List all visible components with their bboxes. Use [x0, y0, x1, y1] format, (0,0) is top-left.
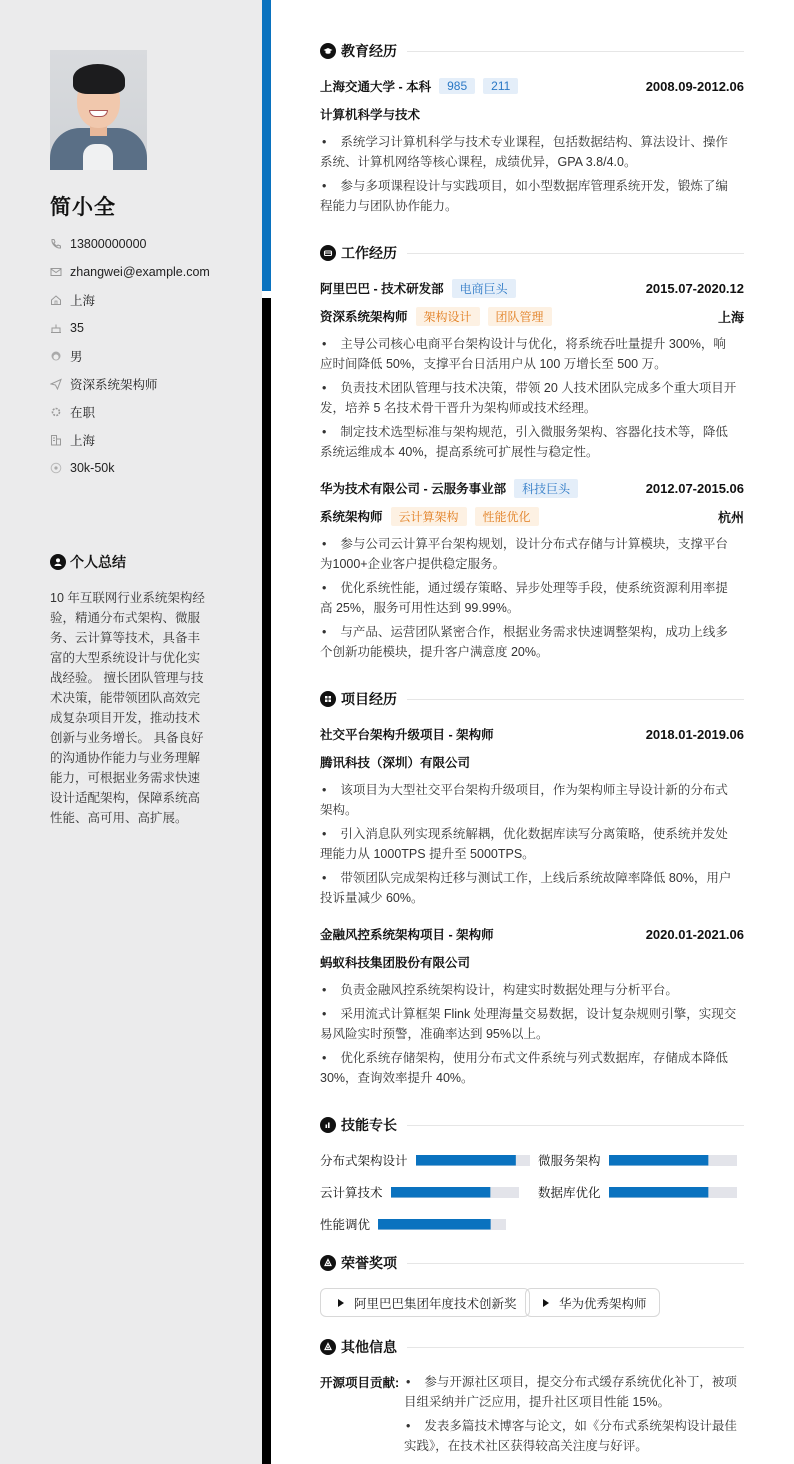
grid-icon	[320, 691, 336, 707]
position-value: 资深系统架构师	[70, 375, 158, 393]
work-role-row: 资深系统架构师 架构设计 团队管理 上海	[320, 307, 744, 325]
award-item: 华为优秀架构师	[525, 1288, 660, 1317]
skills-heading: 技能专长	[320, 1115, 744, 1135]
company-name: 阿里巴巴 - 技术研发部	[320, 279, 444, 297]
skill-bar-fill	[609, 1155, 709, 1166]
major: 计算机科学与技术	[320, 105, 420, 123]
school-name: 上海交通大学 - 本科	[320, 77, 431, 95]
company-tag: 电商巨头	[452, 279, 516, 298]
info-salary: 30k-50k	[50, 454, 250, 482]
role-tag: 架构设计	[416, 307, 480, 326]
school-tag: 211	[483, 78, 518, 94]
bullet-item: 参与多项课程设计与实践项目，如小型数据库管理系统开发，锻炼了编程能力与团队协作能…	[320, 176, 738, 216]
award-icon	[320, 1339, 336, 1355]
project-company: 蚂蚁科技集团股份有限公司	[320, 953, 470, 971]
bullet-item: 系统学习计算机科学与技术专业课程，包括数据结构、算法设计、操作系统、计算机网络等…	[320, 132, 738, 172]
skill-name: 性能调优	[320, 1215, 370, 1233]
skill-name: 分布式架构设计	[320, 1151, 408, 1169]
education-major-row: 计算机科学与技术	[320, 105, 744, 123]
divider	[407, 253, 744, 254]
skill-name: 云计算技术	[320, 1183, 383, 1201]
project-name: 金融风控系统架构项目 - 架构师	[320, 925, 494, 943]
skill-item: 云计算技术	[320, 1184, 519, 1200]
home-value: 上海	[70, 291, 95, 309]
accent-bar-black	[262, 298, 271, 1464]
candidate-name: 简小全	[50, 191, 116, 221]
other-heading: 其他信息	[320, 1337, 744, 1357]
accent-bar-blue	[262, 0, 271, 291]
gender-icon	[50, 350, 62, 362]
salary-icon	[50, 462, 62, 474]
award-item: 阿里巴巴集团年度技术创新奖	[320, 1288, 530, 1317]
skill-name: 数据库优化	[538, 1183, 601, 1201]
skill-name: 微服务架构	[538, 1151, 601, 1169]
role-tag: 云计算架构	[391, 507, 467, 526]
skills-title-text: 技能专长	[341, 1115, 397, 1135]
gender-value: 男	[70, 347, 83, 365]
projects-heading: 项目经历	[320, 689, 744, 709]
skill-bar	[391, 1187, 519, 1198]
company-name: 华为技术有限公司 - 云服务事业部	[320, 479, 506, 497]
bullet-item: 带领团队完成架构迁移与测试工作，上线后系统故障率降低 80%，用户投诉量减少 6…	[320, 868, 738, 908]
info-home: 上海	[50, 286, 250, 314]
bullet-item: 负责技术团队管理与技术决策，带领 20 人技术团队完成多个重大项目开发，培养 5…	[320, 378, 738, 418]
skill-bar	[378, 1219, 506, 1230]
role-tag: 性能优化	[475, 507, 539, 526]
bullet-item: 主导公司核心电商平台架构设计与优化，将系统吞吐量提升 300%，响应时间降低 5…	[320, 334, 738, 374]
phone-value: 13800000000	[70, 237, 146, 251]
awards-heading: 荣誉奖项	[320, 1253, 744, 1273]
award-name: 华为优秀架构师	[559, 1294, 647, 1312]
send-icon	[50, 378, 62, 390]
info-status: 在职	[50, 398, 250, 426]
bullet-item: 与产品、运营团队紧密合作，根据业务需求快速调整架构，成功上线多个创新功能模块，提…	[320, 622, 738, 662]
mail-icon	[50, 266, 62, 278]
bullet-item: 优化系统性能，通过缓存策略、异步处理等手段，使系统资源利用率提高 25%，服务可…	[320, 578, 738, 618]
divider	[407, 699, 744, 700]
role-name: 系统架构师	[320, 507, 383, 525]
info-email: zhangwei@example.com	[50, 258, 250, 286]
award-icon	[320, 1255, 336, 1271]
divider	[407, 1125, 744, 1126]
education-title-text: 教育经历	[341, 41, 397, 61]
work-role-row: 系统架构师 云计算架构 性能优化 杭州	[320, 507, 744, 525]
education-heading: 教育经历	[320, 41, 744, 61]
awards-title-text: 荣誉奖项	[341, 1253, 397, 1273]
bullet-item: 制定技术选型标准与架构规范，引入微服务架构、容器化技术等，降低系统运维成本 40…	[320, 422, 738, 462]
divider	[407, 1263, 744, 1264]
accent-gap	[262, 291, 271, 298]
summary-title-text: 个人总结	[70, 552, 126, 572]
project-row: 社交平台架构升级项目 - 架构师 2018.01-2019.06	[320, 725, 744, 743]
summary-heading: 个人总结	[50, 552, 126, 572]
bullet-item: 参与公司云计算平台架构规划，设计分布式存储与计算模块，支撑平台为1000+企业客…	[320, 534, 738, 574]
phone-icon	[50, 238, 62, 250]
info-position: 资深系统架构师	[50, 370, 250, 398]
project-row: 金融风控系统架构项目 - 架构师 2020.01-2021.06	[320, 925, 744, 943]
bullet-item: 参与开源社区项目，提交分布式缓存系统优化补丁，被项目组采纳并广泛应用，提升社区项…	[404, 1372, 740, 1412]
work-company-row: 华为技术有限公司 - 云服务事业部 科技巨头 2012.07-2015.06	[320, 479, 744, 497]
age-value: 35	[70, 321, 84, 335]
city-value: 上海	[70, 431, 95, 449]
cake-icon	[50, 322, 62, 334]
skill-item: 数据库优化	[538, 1184, 737, 1200]
contact-info-list: 13800000000 zhangwei@example.com 上海 35 男…	[50, 230, 250, 482]
info-phone: 13800000000	[50, 230, 250, 258]
role-name: 资深系统架构师	[320, 307, 408, 325]
project-company: 腾讯科技（深圳）有限公司	[320, 753, 470, 771]
info-age: 35	[50, 314, 250, 342]
education-bullets: 系统学习计算机科学与技术专业课程，包括数据结构、算法设计、操作系统、计算机网络等…	[320, 132, 738, 220]
company-tag: 科技巨头	[514, 479, 578, 498]
avatar-photo	[50, 50, 147, 170]
status-value: 在职	[70, 403, 95, 421]
bullet-item: 优化系统存储架构，使用分布式文件系统与列式数据库，存储成本降低 30%，查询效率…	[320, 1048, 738, 1088]
skill-bar-fill	[416, 1155, 516, 1166]
bullet-item: 引入消息队列实现系统解耦，优化数据库读写分离策略，使系统并发处理能力从 1000…	[320, 824, 738, 864]
role-tag: 团队管理	[488, 307, 552, 326]
email-value: zhangwei@example.com	[70, 265, 210, 279]
bullet-item: 负责金融风控系统架构设计，构建实时数据处理与分析平台。	[320, 980, 738, 1000]
skill-item: 性能调优	[320, 1216, 506, 1232]
education-period: 2008.09-2012.06	[646, 79, 744, 94]
work-period: 2012.07-2015.06	[646, 481, 744, 496]
bullet-item: 发表多篇技术博客与论文，如《分布式系统架构设计最佳实践》，在技术社区获得较高关注…	[404, 1416, 740, 1456]
project-company-row: 腾讯科技（深圳）有限公司	[320, 753, 744, 771]
work-city: 上海	[718, 307, 744, 326]
work-bullets: 主导公司核心电商平台架构设计与优化，将系统吞吐量提升 300%，响应时间降低 5…	[320, 334, 738, 466]
work-title-text: 工作经历	[341, 243, 397, 263]
skill-bar-fill	[391, 1187, 491, 1198]
work-bullets: 参与公司云计算平台架构规划，设计分布式存储与计算模块，支撑平台为1000+企业客…	[320, 534, 738, 666]
project-company-row: 蚂蚁科技集团股份有限公司	[320, 953, 744, 971]
project-name: 社交平台架构升级项目 - 架构师	[320, 725, 494, 743]
summary-text: 10 年互联网行业系统架构经验，精通分布式架构、微服务、云计算等技术，具备丰富的…	[50, 588, 212, 828]
project-bullets: 该项目为大型社交平台架构升级项目，作为架构师主导设计新的分布式架构。 引入消息队…	[320, 780, 738, 912]
status-icon	[50, 406, 62, 418]
skill-item: 分布式架构设计	[320, 1152, 530, 1168]
info-city: 上海	[50, 426, 250, 454]
play-triangle-icon	[543, 1299, 549, 1307]
skill-item: 微服务架构	[538, 1152, 737, 1168]
salary-value: 30k-50k	[70, 461, 114, 475]
school-tag: 985	[439, 78, 475, 94]
education-school-row: 上海交通大学 - 本科 985 211 2008.09-2012.06	[320, 77, 744, 95]
other-bullets: 参与开源社区项目，提交分布式缓存系统优化补丁，被项目组采纳并广泛应用，提升社区项…	[404, 1372, 740, 1460]
projects-title-text: 项目经历	[341, 689, 397, 709]
graduation-cap-icon	[320, 43, 336, 59]
work-company-row: 阿里巴巴 - 技术研发部 电商巨头 2015.07-2020.12	[320, 279, 744, 297]
divider	[407, 1347, 744, 1348]
briefcase-icon	[320, 245, 336, 261]
work-heading: 工作经历	[320, 243, 744, 263]
home-icon	[50, 294, 62, 306]
other-label: 开源项目贡献:	[320, 1373, 399, 1391]
divider	[407, 51, 744, 52]
work-city: 杭州	[718, 507, 744, 526]
skill-bar-fill	[609, 1187, 709, 1198]
other-title-text: 其他信息	[341, 1337, 397, 1357]
skill-bar-fill	[378, 1219, 491, 1230]
project-period: 2018.01-2019.06	[646, 727, 744, 742]
bar-chart-icon	[320, 1117, 336, 1133]
user-icon	[50, 554, 66, 570]
project-bullets: 负责金融风控系统架构设计，构建实时数据处理与分析平台。 采用流式计算框架 Fli…	[320, 980, 738, 1092]
building-icon	[50, 434, 62, 446]
award-name: 阿里巴巴集团年度技术创新奖	[354, 1294, 517, 1312]
skill-bar	[609, 1155, 737, 1166]
bullet-item: 采用流式计算框架 Flink 处理海量交易数据，设计复杂规则引擎，实现交易风险实…	[320, 1004, 738, 1044]
info-gender: 男	[50, 342, 250, 370]
work-period: 2015.07-2020.12	[646, 281, 744, 296]
play-triangle-icon	[338, 1299, 344, 1307]
skill-bar	[416, 1155, 530, 1166]
project-period: 2020.01-2021.06	[646, 927, 744, 942]
skill-bar	[609, 1187, 737, 1198]
bullet-item: 该项目为大型社交平台架构升级项目，作为架构师主导设计新的分布式架构。	[320, 780, 738, 820]
